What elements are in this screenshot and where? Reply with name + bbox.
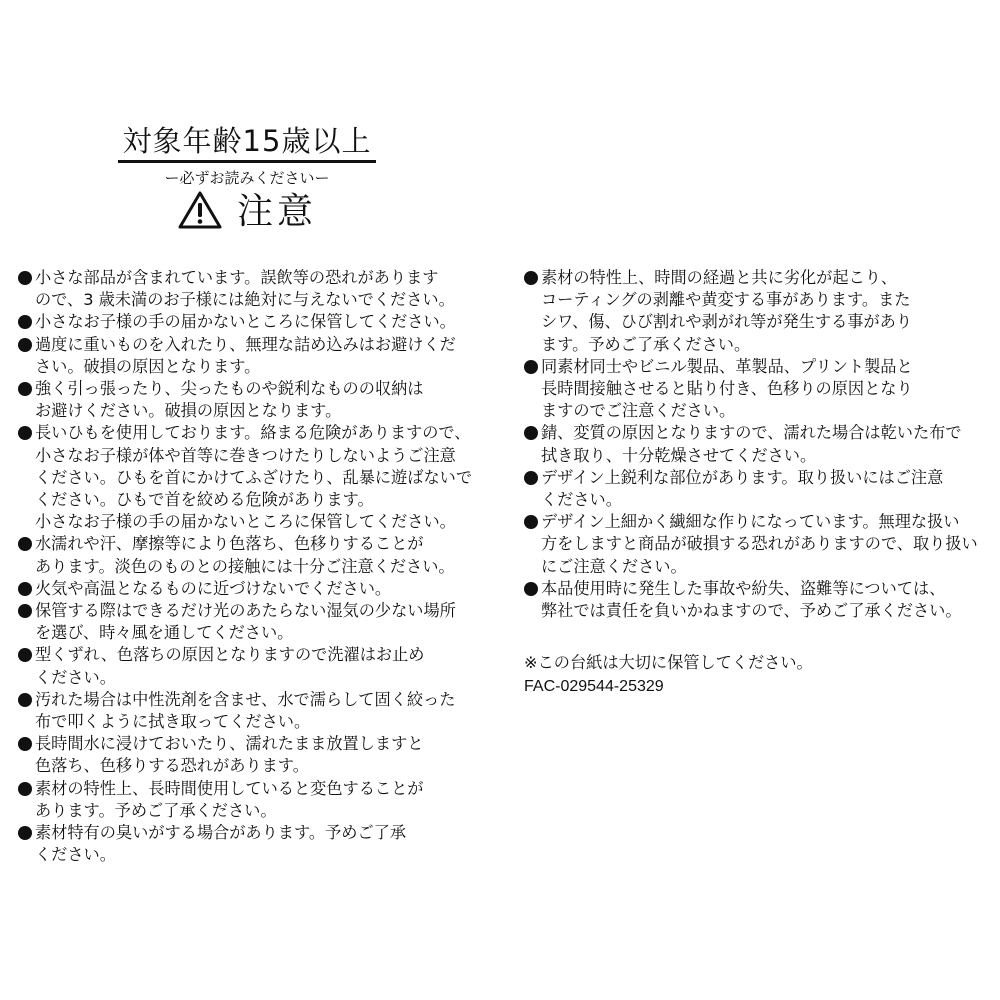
warning-text-line: 小さな部品が含まれています。誤飲等の恐れがあります [35,267,488,289]
warning-text-line: 本品使用時に発生した事故や紛失、盗難等については、 [541,578,984,600]
bullet-icon [524,471,538,485]
warning-text-line: コーティングの剥離や黄変する事があります。また [541,289,984,311]
warning-text-line: を選び、時々風を通してください。 [35,622,488,644]
bullet-icon [524,515,538,529]
warning-text-line: 小さなお子様の手の届かないところに保管してください。 [35,311,488,333]
warning-item: 本品使用時に発生した事故や紛失、盗難等については、弊社では責任を負いかねますので… [524,578,984,622]
warning-item: 保管する際はできるだけ光のあたらない湿気の少ない場所を選び、時々風を通してくださ… [18,600,488,644]
warning-text-line: 拭き取り、十分乾燥させてください。 [541,445,984,467]
warning-text-line: 保管する際はできるだけ光のあたらない湿気の少ない場所 [35,600,488,622]
warning-text-line: 汚れた場合は中性洗剤を含ませ、水で濡らして固く絞った [35,689,488,711]
caution-label: 注意 [237,190,317,234]
warning-text-line: 小さなお子様の手の届かないところに保管してください。 [35,511,488,533]
warning-text-line: 素材の特性上、時間の経過と共に劣化が起こり、 [541,267,984,289]
warning-text-line: ください。 [35,667,488,689]
warning-item: 小さなお子様の手の届かないところに保管してください。 [18,311,488,333]
warning-text-line: さい。破損の原因となります。 [35,356,488,378]
warning-text-line: ください。 [541,489,984,511]
warning-text-line: ください。 [35,844,488,866]
warning-text-line: ので、3 歳未満のお子様には絶対に与えないでください。 [35,289,488,311]
bullet-icon [524,360,538,374]
warning-text-line: 布で叩くように拭き取ってください。 [35,711,488,733]
warning-text-line: シワ、傷、ひび割れや剥がれ等が発生する事があり [541,311,984,333]
left-warning-list: 小さな部品が含まれています。誤飲等の恐れがありますので、3 歳未満のお子様には絶… [18,267,488,866]
warning-text-line: お避けください。破損の原因となります。 [35,400,488,422]
warning-item: 強く引っ張ったり、尖ったものや鋭利なものの収納はお避けください。破損の原因となり… [18,378,488,422]
keep-card-note: ※この台紙は大切に保管してください。 [524,651,813,675]
bullet-icon [18,826,32,840]
bullet-icon [18,338,32,352]
bullet-icon [18,782,32,796]
warning-item: 長時間水に浸けておいたり、濡れたまま放置しますと色落ち、色移りする恐れがあります… [18,733,488,777]
bullet-icon [18,382,32,396]
warning-text-line: 同素材同士やビニル製品、革製品、プリント製品と [541,356,984,378]
warning-item: 錆、変質の原因となりますので、濡れた場合は乾いた布で拭き取り、十分乾燥させてくだ… [524,422,984,466]
bullet-icon [524,426,538,440]
warning-text-line: ますのでご注意ください。 [541,400,984,422]
warning-text-line: あります。予めご了承ください。 [35,800,488,822]
warning-text-line: ください。ひもで首を絞める危険があります。 [35,489,488,511]
warning-item: 過度に重いものを入れたり、無理な詰め込みはお避けください。破損の原因となります。 [18,334,488,378]
bullet-icon [18,426,32,440]
caution-heading: 注意 [118,190,376,234]
warning-text-line: 火気や高温となるものに近づけないでください。 [35,578,488,600]
warning-item: 素材の特性上、時間の経過と共に劣化が起こり、コーティングの剥離や黄変する事があり… [524,267,984,356]
bullet-icon [524,582,538,596]
warning-item: デザイン上鋭利な部位があります。取り扱いにはご注意ください。 [524,467,984,511]
bullet-icon [18,693,32,707]
warning-text-line: 水濡れや汗、摩擦等により色落ち、色移りすることが [35,533,488,555]
warning-text-line: にご注意ください。 [541,556,984,578]
warning-text-line: 過度に重いものを入れたり、無理な詰め込みはお避けくだ [35,334,488,356]
bullet-icon [524,271,538,285]
bullet-icon [18,271,32,285]
warning-text-line: 長時間接触させると貼り付き、色移りの原因となり [541,378,984,400]
bullet-icon [18,604,32,618]
warning-item: 水濡れや汗、摩擦等により色落ち、色移りすることがあります。淡色のものとの接触には… [18,533,488,577]
warning-text-line: 方をしますと商品が破損する恐れがありますので、取り扱い [541,533,984,555]
warning-text-line: 長時間水に浸けておいたり、濡れたまま放置しますと [35,733,488,755]
warning-item: 小さな部品が含まれています。誤飲等の恐れがありますので、3 歳未満のお子様には絶… [18,267,488,311]
warning-text-line: デザイン上鋭利な部位があります。取り扱いにはご注意 [541,467,984,489]
warning-item: 同素材同士やビニル製品、革製品、プリント製品と長時間接触させると貼り付き、色移り… [524,356,984,423]
warning-triangle-icon [177,190,223,234]
product-code: FAC-029544-25329 [524,675,813,699]
warning-text-line: 強く引っ張ったり、尖ったものや鋭利なものの収納は [35,378,488,400]
header: 対象年齢15歳以上 ー必ずお読みくださいー 注意 [118,124,376,234]
warning-item: 汚れた場合は中性洗剤を含ませ、水で濡らして固く絞った布で叩くように拭き取ってくだ… [18,689,488,733]
bullet-icon [18,582,32,596]
warning-text-line: ください。ひもを首にかけてふざけたり、乱暴に遊ばないで [35,467,488,489]
warning-item: 素材特有の臭いがする場合があります。予めご了承ください。 [18,822,488,866]
right-warning-list: 素材の特性上、時間の経過と共に劣化が起こり、コーティングの剥離や黄変する事があり… [524,267,984,622]
must-read-note: ー必ずお読みくださいー [118,168,376,188]
warning-text-line: あります。淡色のものとの接触には十分ご注意ください。 [35,556,488,578]
warning-text-line: デザイン上細かく繊細な作りになっています。無理な扱い [541,511,984,533]
warning-text-line: ます。予めご了承ください。 [541,334,984,356]
bullet-icon [18,737,32,751]
warning-text-line: 型くずれ、色落ちの原因となりますので洗濯はお止め [35,644,488,666]
warning-text-line: 長いひもを使用しております。絡まる危険がありますので、 [35,422,488,444]
warning-text-line: 色落ち、色移りする恐れがあります。 [35,755,488,777]
warning-text-line: 素材特有の臭いがする場合があります。予めご了承 [35,822,488,844]
bullet-icon [18,537,32,551]
warning-text-line: 小さなお子様が体や首等に巻きつけたりしないようご注意 [35,445,488,467]
bullet-icon [18,315,32,329]
warning-text-line: 弊社では責任を負いかねますので、予めご了承ください。 [541,600,984,622]
warning-item: 素材の特性上、長時間使用していると変色することがあります。予めご了承ください。 [18,778,488,822]
warning-text-line: 素材の特性上、長時間使用していると変色することが [35,778,488,800]
footer: ※この台紙は大切に保管してください。 FAC-029544-25329 [524,651,813,699]
warning-item: 長いひもを使用しております。絡まる危険がありますので、小さなお子様が体や首等に巻… [18,422,488,533]
warning-item: デザイン上細かく繊細な作りになっています。無理な扱い方をしますと商品が破損する恐… [524,511,984,578]
warning-item: 火気や高温となるものに近づけないでください。 [18,578,488,600]
bullet-icon [18,648,32,662]
age-rating-title: 対象年齢15歳以上 [118,124,376,163]
warning-item: 型くずれ、色落ちの原因となりますので洗濯はお止めください。 [18,644,488,688]
warning-text-line: 錆、変質の原因となりますので、濡れた場合は乾いた布で [541,422,984,444]
